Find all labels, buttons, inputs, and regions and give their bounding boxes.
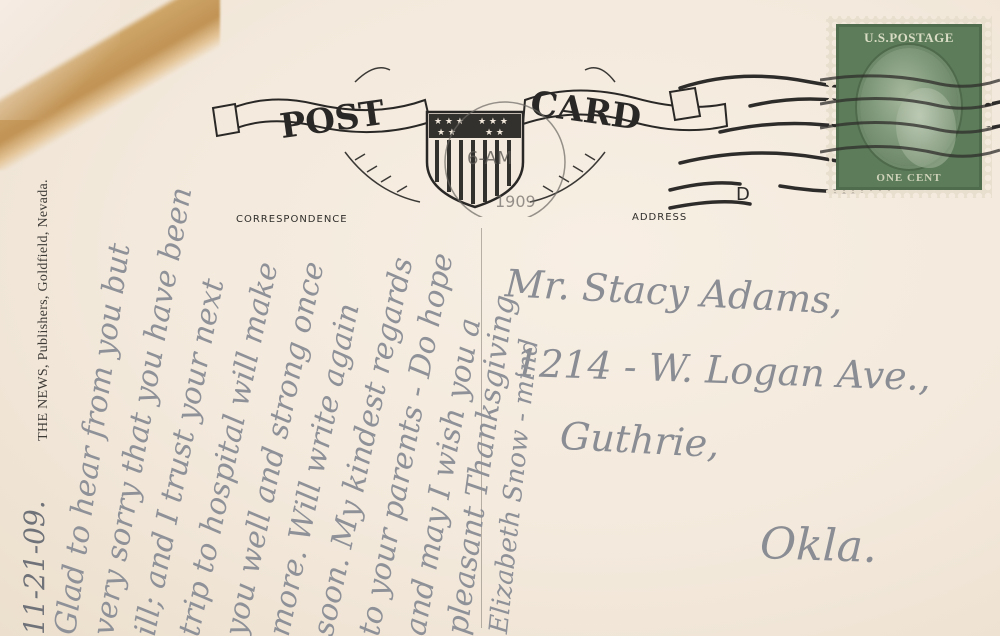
title-card: CARD [528, 84, 644, 139]
postmark-time: 6-AM [467, 148, 512, 169]
stamp-top-text: U.S.POSTAGE [836, 30, 982, 46]
address-line-2: 1214 - W. Logan Ave., [514, 341, 931, 399]
publisher-imprint: THE NEWS, Publishers, Goldfield, Nevada. [36, 179, 52, 441]
faded-corner [0, 0, 120, 120]
address-line-3: Guthrie, [559, 414, 721, 466]
correspondence-label: CORRESPONDENCE [236, 214, 348, 225]
message-date: 11-21-09. [18, 500, 51, 635]
address-line-4: Okla. [759, 518, 878, 573]
svg-text:★ ★ ★: ★ ★ ★ [478, 117, 508, 127]
postcard-back: THE NEWS, Publishers, Goldfield, Nevada.… [0, 0, 1000, 636]
svg-text:★ ★: ★ ★ [485, 128, 504, 138]
postmark-year: 1909 [495, 192, 536, 211]
address-label: ADDRESS [632, 212, 687, 223]
address-line-1: Mr. Stacy Adams, [504, 261, 844, 323]
cancel-letter: D [736, 184, 750, 205]
stamp-cancel-lines [820, 70, 1000, 180]
